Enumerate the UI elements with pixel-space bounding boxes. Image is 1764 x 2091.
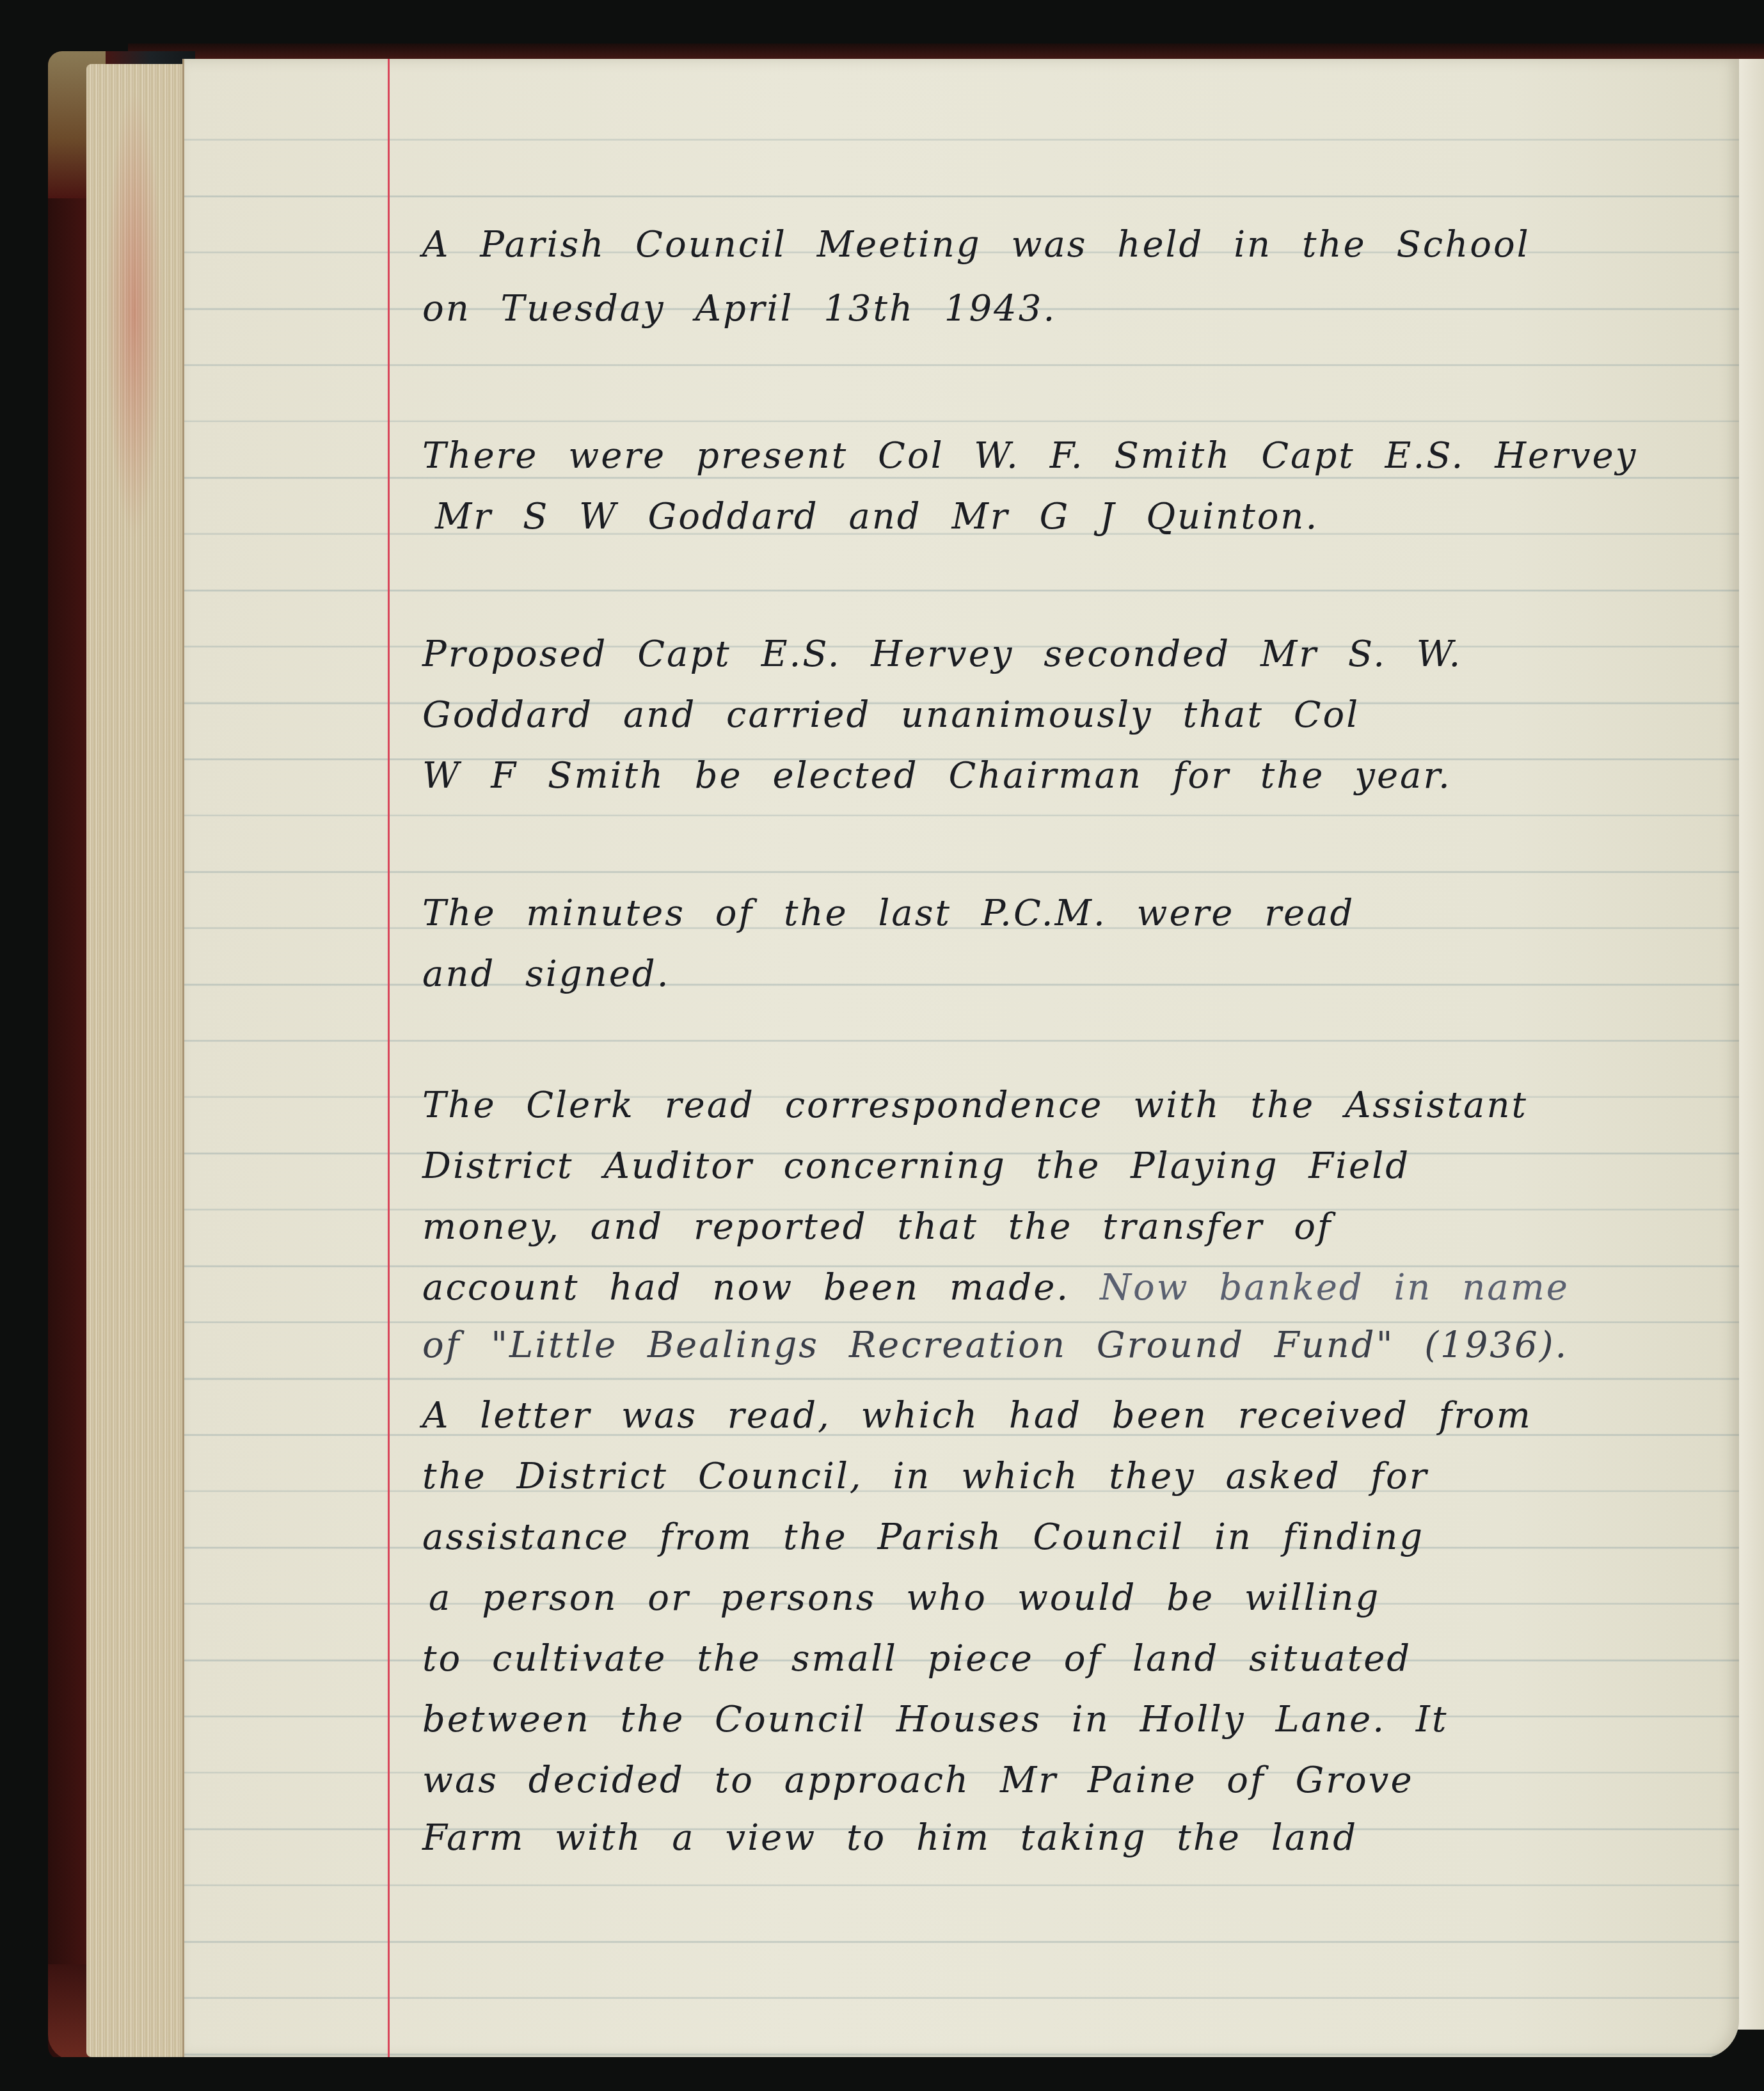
text-line: A Parish Council Meeting was held in the… bbox=[422, 224, 1530, 266]
text-line: to cultivate the small piece of land sit… bbox=[422, 1638, 1411, 1680]
red-stain bbox=[106, 90, 163, 537]
text-line: on Tuesday April 13th 1943. bbox=[422, 288, 1056, 330]
text-line: W F Smith be elected Chairman for the ye… bbox=[422, 755, 1452, 797]
text-line: Proposed Capt E.S. Hervey seconded Mr S.… bbox=[422, 633, 1462, 675]
text-line: of "Little Bealings Recreation Ground Fu… bbox=[422, 1324, 1568, 1366]
text-line: money, and reported that the transfer of bbox=[422, 1206, 1333, 1248]
text-line: District Auditor concerning the Playing … bbox=[422, 1145, 1410, 1187]
text-line: A letter was read, which had been receiv… bbox=[422, 1395, 1532, 1436]
text-line: Mr S W Goddard and Mr G J Quinton. bbox=[435, 496, 1319, 537]
page-edges-stack bbox=[86, 64, 182, 2057]
text-line: the District Council, in which they aske… bbox=[422, 1456, 1429, 1497]
text-line: There were present Col W. F. Smith Capt … bbox=[422, 435, 1637, 477]
text-line: and signed. bbox=[422, 953, 670, 995]
text-line: The minutes of the last P.C.M. were read bbox=[422, 893, 1355, 934]
text-line: account had now been made. Now banked in… bbox=[422, 1267, 1569, 1308]
ledger-page bbox=[182, 59, 1739, 2058]
text-line: assistance from the Parish Council in fi… bbox=[422, 1516, 1424, 1558]
text-line: was decided to approach Mr Paine of Grov… bbox=[422, 1760, 1414, 1801]
text-line: The Clerk read correspondence with the A… bbox=[422, 1085, 1528, 1126]
text-line: Goddard and carried unanimously that Col bbox=[422, 694, 1360, 736]
text-segment: account had now been made. bbox=[422, 1267, 1070, 1308]
text-line: Farm with a view to him taking the land bbox=[422, 1817, 1358, 1859]
red-margin-rule bbox=[388, 59, 390, 2058]
later-insertion: Now banked in name bbox=[1100, 1267, 1569, 1308]
text-line: a person or persons who would be willing bbox=[429, 1577, 1380, 1619]
background-surface bbox=[0, 2057, 1764, 2091]
text-line: between the Council Houses in Holly Lane… bbox=[422, 1699, 1448, 1740]
